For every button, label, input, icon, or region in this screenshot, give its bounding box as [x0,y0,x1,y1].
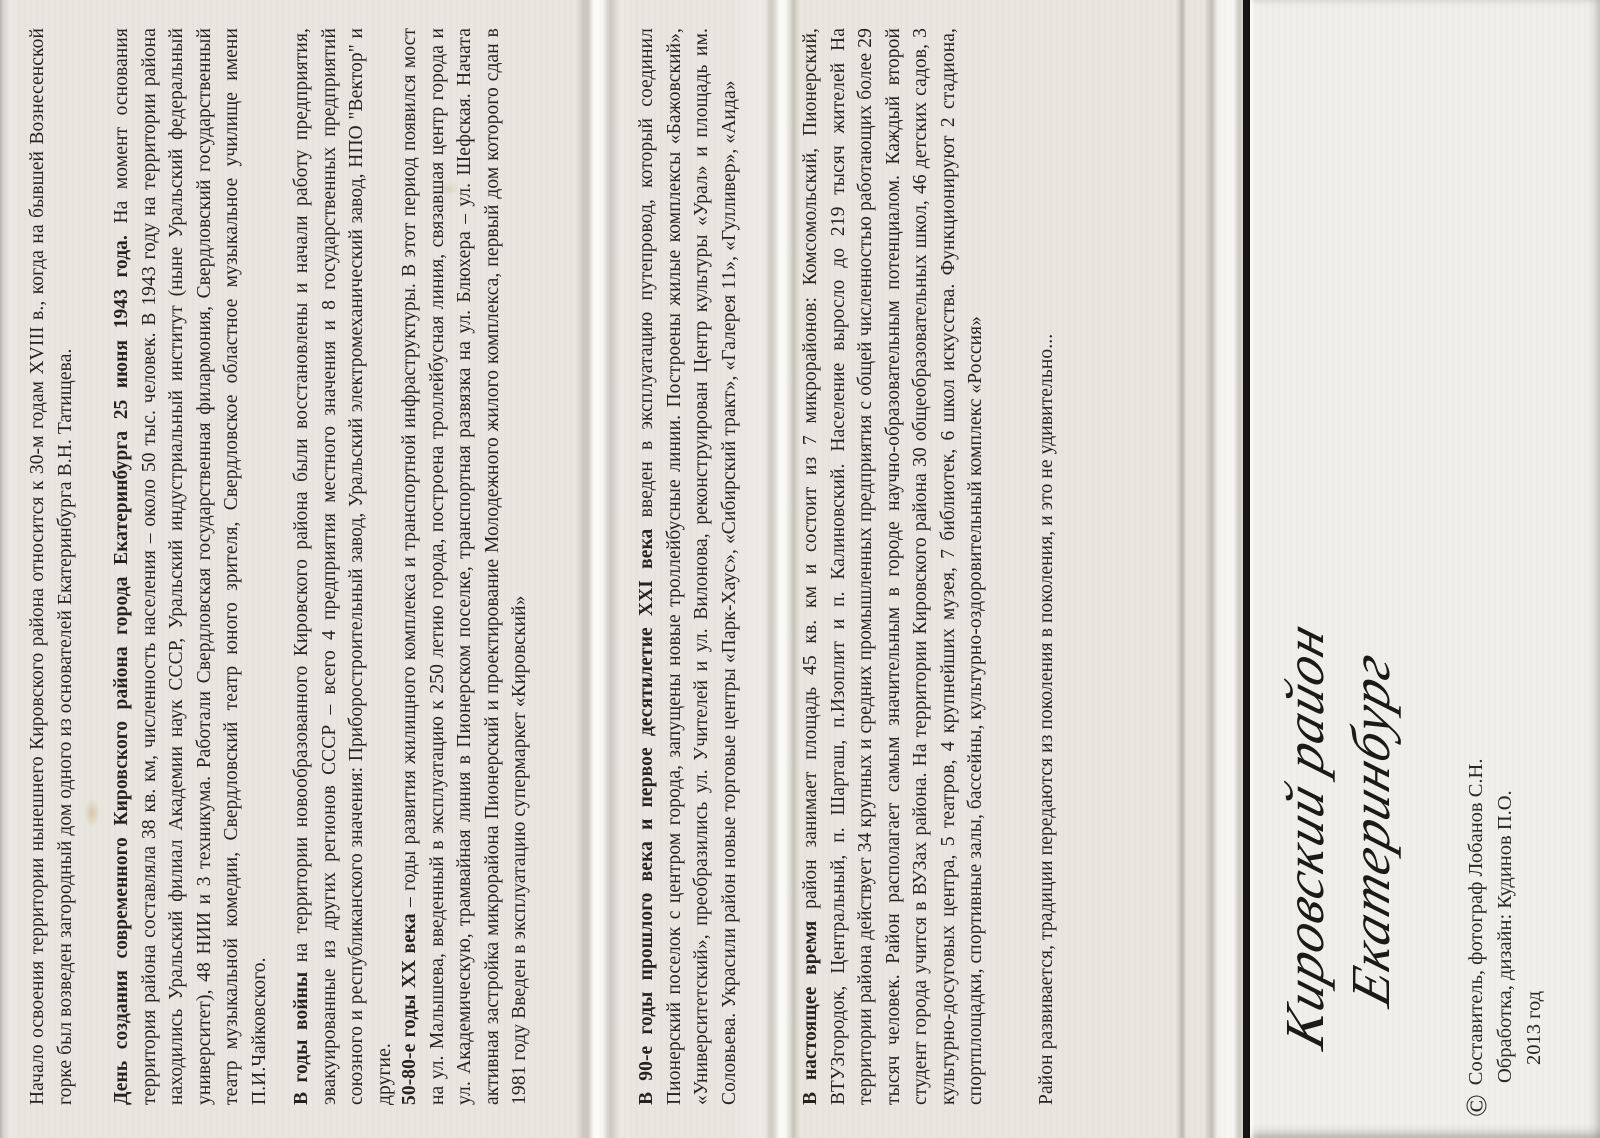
calligraphy-line-district: Кировский район [1272,614,1338,1056]
paragraph-text: Начало освоения территории нынешнего Кир… [27,28,76,1105]
paragraph-text: район занимает площадь 45 кв. км и состо… [800,28,986,1105]
rotated-document: Начало освоения территории нынешнего Кир… [0,0,1600,1138]
credits-line-compiler: © Составитель, фотограф Лобанов С.Н. [1462,759,1491,1117]
credits-block: © Составитель, фотограф Лобанов С.Н. Обр… [1462,759,1549,1117]
paragraph-text: На момент основания территория района со… [111,28,270,1105]
credits-line-design: Обработка, дизайн: Кудинов П.О. [1491,759,1520,1083]
paragraph-origins: Начало освоения территории нынешнего Кир… [24,28,79,1105]
paragraph-text: на территории новообразованного Кировско… [291,28,395,1105]
paragraph-50-80s: 50-80-е годы XX века – годы развития жил… [396,28,534,1105]
scanned-booklet-spread: Начало освоения территории нынешнего Кир… [0,0,1600,1138]
calligraphy-title: Кировский район Екатеринбург [1272,614,1404,1078]
paragraph-text: Район развивается, традиции передаются и… [1036,334,1057,1105]
paragraph-lead: В 90-е годы прошлого века и первое десят… [636,529,657,1105]
paragraph-present-day: В настоящее время район занимает площадь… [797,28,990,1105]
paragraph-lead: В настоящее время [800,921,821,1105]
paragraph-90s-xxi: В 90-е годы прошлого века и первое десят… [633,28,743,1105]
calligraphy-line-city: Екатеринбург [1338,636,1404,1014]
credits-line-year: 2013 год [1520,759,1549,1065]
paragraph-founding-1943: День создания современного Кировского ра… [108,28,273,1105]
paragraph-lead: В годы войны [291,972,312,1105]
credits-compiler-text: Составитель, фотограф Лобанов С.Н. [1462,759,1491,1086]
paragraph-closing: Район развивается, традиции передаются и… [1033,28,1061,1105]
paragraph-war-years: В годы войны на территории новообразован… [288,28,398,1105]
paragraph-lead: 50-80-е годы XX века [399,913,420,1105]
copyright-symbol: © [1462,1094,1491,1117]
paragraph-lead: День создания современного Кировского ра… [111,235,132,1105]
